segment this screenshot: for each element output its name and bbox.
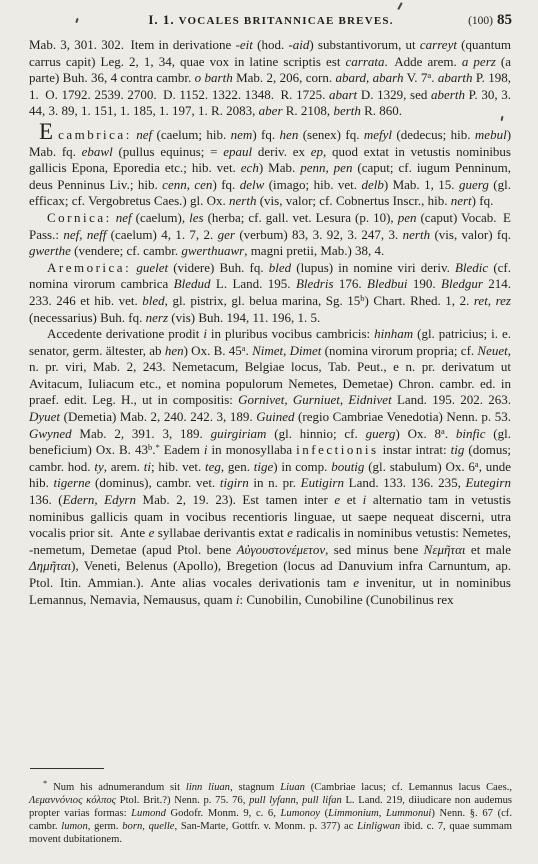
italic-term: ep <box>311 144 323 159</box>
text-run: (caelum), <box>132 210 189 225</box>
italic-term: guelet <box>136 260 168 275</box>
text-run: . <box>431 70 438 85</box>
text-run: et <box>340 492 363 507</box>
text-run: (imago; hib. vet. <box>264 177 361 192</box>
text-run: (caelum; hib. <box>152 127 231 142</box>
text-run: R. 2108, <box>283 103 334 118</box>
italic-term: cenn, cen <box>162 177 212 192</box>
text-run: , stagnum <box>230 782 280 793</box>
italic-term: gwerthe <box>29 243 71 258</box>
text-run: (dedecus; hib. <box>392 127 475 142</box>
italic-term: carrata <box>346 54 385 69</box>
italic-term: pen <box>398 210 417 225</box>
text-run: D. 1329, sed <box>357 87 431 102</box>
italic-term: les <box>189 210 203 225</box>
text-run: ) Mab. 1, 15. <box>384 177 459 192</box>
italic-term: Limmonium, Lummonui <box>328 808 431 819</box>
spaced-heading: Cornica: <box>47 210 112 225</box>
italic-term: nef <box>116 210 132 225</box>
text-run: (vendere; cf. cambr. <box>71 243 181 258</box>
page-number: 85 <box>497 12 512 28</box>
italic-term: bled <box>142 293 164 308</box>
text-run: ) Ox. B. 45 <box>184 343 242 358</box>
text-run: (videre) Buh. fq. <box>168 260 269 275</box>
italic-term: abart <box>329 87 357 102</box>
italic-term: Liuan <box>280 782 305 793</box>
italic-term: delb <box>361 177 383 192</box>
text-run: , gen. <box>221 459 254 474</box>
sheet-number: (100) <box>468 15 493 27</box>
text-run: 176. <box>334 276 368 291</box>
text-run: ) in comp. <box>273 459 331 474</box>
text-run: ) Ox. 8 <box>395 426 441 441</box>
italic-term: mefyl <box>364 127 392 142</box>
text-run: instar intrat: <box>379 442 451 457</box>
drop-cap: E <box>39 119 53 144</box>
italic-term: hinham <box>374 326 413 341</box>
greek-text: Λεμαννόνιος κόλπος <box>29 795 116 806</box>
text-run: deriv. ex <box>252 144 311 159</box>
text-run: Godofr. Monm. 9, c. 6, <box>166 808 281 819</box>
running-head: I. 1. VOCALES BRITANNICAE BREVES. (100)8… <box>30 11 512 29</box>
italic-term: ebawl <box>82 144 113 159</box>
italic-term: -eit <box>236 37 253 52</box>
text-run: R. 860. <box>361 103 402 118</box>
text-run: : Cunobilin, Cunobiline (Cunobilinus rex <box>240 592 454 607</box>
italic-term: Neuet <box>477 343 507 358</box>
text-run: Ptol. Brit.?) Nenn. p. 75. 76, <box>116 795 249 806</box>
greek-text: Δημῆται <box>29 558 71 573</box>
paragraph: Cornica: nef (caelum), les (herba; cf. g… <box>29 210 511 260</box>
paragraph: Mab. 3, 301. 302. Item in derivatione -e… <box>29 37 511 120</box>
text-run: (necessarius) Buh. fq. <box>29 310 146 325</box>
italic-term: ech <box>241 160 259 175</box>
text-run: L. Land. 195. <box>211 276 296 291</box>
italic-term: a perz <box>462 54 496 69</box>
italic-term: Bledris <box>296 276 334 291</box>
text-run: (pullus equinus; = <box>113 144 223 159</box>
text-run: in pluribus vocibus cambricis: <box>207 326 374 341</box>
text-run: 190. <box>407 276 441 291</box>
italic-term: Nimet, Dimet <box>252 343 321 358</box>
italic-term: epaul <box>223 144 252 159</box>
italic-term: boutig <box>331 459 364 474</box>
text-run: (gl. stabulum) Ox. 6 <box>364 459 474 474</box>
text-run: ( <box>320 808 328 819</box>
text-run: Accedente derivatione prodit <box>47 326 203 341</box>
italic-term: lumon <box>61 821 87 832</box>
text-run: (lupus) in nomine viri deriv. <box>291 260 455 275</box>
text-run: (vis, valor) fq. <box>430 227 511 242</box>
italic-term: Dyuet <box>29 409 60 424</box>
spaced-heading: cambrica: <box>58 127 132 142</box>
italic-term: Lumonoy <box>281 808 320 819</box>
text-run: (herba; cf. gall. vet. Lesura (p. 10), <box>204 210 398 225</box>
running-head-section: I. 1. <box>148 12 174 27</box>
italic-term: bled <box>269 260 291 275</box>
text-run: Eadem <box>160 442 204 457</box>
text-run: (vis, valor; cf. Cobnertus Inscr., hib. <box>256 193 450 208</box>
italic-term: Gornivet, Gurniuet, Eidnivet <box>238 392 392 407</box>
text-run: ; hib. vet. <box>151 459 205 474</box>
italic-term: o barth <box>195 70 233 85</box>
text-run: in n. pr. <box>249 475 301 490</box>
text-run: Mab. 3, 301. 302. Item in derivatione <box>29 37 236 52</box>
text-run: ) Mab. <box>259 160 300 175</box>
italic-term: berth <box>333 103 360 118</box>
text-run: in monosyllaba <box>208 442 297 457</box>
italic-term: carreyt <box>420 37 457 52</box>
text-run: (Cambriae lacus; cf. Lemannus lacus Caes… <box>305 782 512 793</box>
footnote-rule <box>30 768 104 769</box>
text-run: (Demetia) Mab. 2, 240. 242. 3, 189. <box>60 409 256 424</box>
italic-term: Linligwan <box>357 821 400 832</box>
italic-term: aber <box>259 103 283 118</box>
italic-term: Bledud <box>174 276 211 291</box>
text-run: ) fq. <box>472 193 494 208</box>
text-run: syllabae derivantis extat <box>154 525 287 540</box>
italic-term: tig <box>451 442 465 457</box>
book-page: I. 1. VOCALES BRITANNICAE BREVES. (100)8… <box>0 0 538 864</box>
italic-term: hen <box>165 343 184 358</box>
footnote: * Num his adnumerandum sit linn liuan, s… <box>29 781 512 846</box>
italic-term: nerth <box>229 193 256 208</box>
text-run: , gl. pistrix, gl. belua marina, Sg. 15 <box>165 293 361 308</box>
paragraph: Accedente derivatione prodit i in plurib… <box>29 326 511 608</box>
italic-term: abard, abarh <box>335 70 403 85</box>
text-run: ) fq. <box>252 127 279 142</box>
italic-term: ty <box>94 459 103 474</box>
italic-term: ret, rez <box>474 293 511 308</box>
text-run: , magni pretii, Mab.) 38, 4. <box>244 243 384 258</box>
text-run: ) substantivorum, ut <box>309 37 420 52</box>
italic-term: guerg <box>459 177 489 192</box>
text-run: , arem. <box>104 459 144 474</box>
page-number-group: (100)85 <box>468 11 512 29</box>
italic-term: teg <box>205 459 221 474</box>
running-head-title: VOCALES BRITANNICAE BREVES. <box>179 15 394 27</box>
text-run: (nomina virorum propria; cf. <box>321 343 477 358</box>
italic-term: nert <box>451 193 472 208</box>
greek-text: Αὐγουστονέμετον <box>237 542 326 557</box>
paragraph: Aremorica: guelet (videre) Buh. fq. bled… <box>29 260 511 326</box>
italic-term: nem <box>231 127 253 142</box>
italic-term: abarth <box>438 70 473 85</box>
text-run: (dominus), cambr. vet. <box>90 475 219 490</box>
text-run: Land. 195. 202. 263. <box>392 392 511 407</box>
italic-term: nerth <box>403 227 430 242</box>
italic-term: hen <box>280 127 299 142</box>
italic-term: Bledbui <box>367 276 407 291</box>
greek-text: Νεμῆται <box>424 542 466 557</box>
text-run: (gl. hinnio; cf. <box>266 426 365 441</box>
text-run: (regio Cambriae Venedotia) Nenn. p. 53. <box>294 409 511 424</box>
text-run: (senex) fq. <box>298 127 364 142</box>
text-run: et male <box>466 542 511 557</box>
text-run: ) Chart. Rhed. 1, 2. <box>365 293 474 308</box>
italic-term: gwerthuawr <box>181 243 244 258</box>
italic-term: ger <box>218 227 235 242</box>
text-run: , sed minus bene <box>325 542 424 557</box>
text-run: . Adde arem. <box>385 54 462 69</box>
italic-term: Guined <box>256 409 294 424</box>
italic-term: Gwyned <box>29 426 72 441</box>
text-run: , germ. <box>88 821 123 832</box>
footnote-paragraph: * Num his adnumerandum sit linn liuan, s… <box>29 781 512 846</box>
paragraph: Ecambrica: nef (caelum; hib. nem) fq. he… <box>29 127 511 210</box>
italic-term: mebul <box>475 127 507 142</box>
italic-term: nef, neff <box>63 227 106 242</box>
italic-term: born, quelle <box>122 821 174 832</box>
text-run: Mab. 2, 19. 23). Est tamen inter <box>136 492 334 507</box>
italic-term: Edern, Edyrn <box>63 492 136 507</box>
text-run: Land. 133. 136. 235, <box>344 475 466 490</box>
italic-term: tige <box>254 459 274 474</box>
text-run: . <box>445 426 456 441</box>
italic-term: tigerne <box>54 475 91 490</box>
italic-term: Bledgur <box>441 276 483 291</box>
text-run: , San-Marte, Gottfr. v. Monm. p. 377) ac <box>175 821 358 832</box>
body-text: Mab. 3, 301. 302. Item in derivatione -e… <box>29 37 511 608</box>
scan-artifact <box>397 2 402 10</box>
text-run: ) fq. <box>212 177 239 192</box>
italic-term: guirgiriam <box>211 426 267 441</box>
italic-term: nerz <box>146 310 168 325</box>
italic-term: delw <box>240 177 265 192</box>
italic-term: penn, pen <box>300 160 352 175</box>
italic-term: Bledic <box>455 260 488 275</box>
italic-term: Lumond <box>131 808 166 819</box>
italic-term: -aid <box>288 37 309 52</box>
italic-term: tigirn <box>220 475 249 490</box>
italic-term: pull lyfann <box>249 795 296 806</box>
text-run: 136. ( <box>29 492 63 507</box>
spaced-heading: Aremorica: <box>47 260 131 275</box>
spaced-heading: infectionis <box>296 442 378 457</box>
italic-term: guerg <box>366 426 396 441</box>
italic-term: aberth <box>431 87 465 102</box>
text-run: Num his adnumerandum sit <box>47 782 186 793</box>
text-run: (verbum) 83, 3. 92, 3. 247, 3. <box>235 227 403 242</box>
italic-term: nef <box>136 127 152 142</box>
italic-term: linn liuan <box>186 782 230 793</box>
text-run: V. 7 <box>403 70 427 85</box>
italic-term: binfic <box>456 426 486 441</box>
italic-term: Eutegirn <box>465 475 511 490</box>
text-run: (hod. <box>253 37 289 52</box>
text-run: (caelum) 4, 1. 7, 2. <box>106 227 217 242</box>
text-run: Mab. 2, 391. 3, 189. <box>72 426 211 441</box>
text-run: Mab. 2, 206, corn. <box>233 70 336 85</box>
text-run: (vis) Buh. 194, 11. 196, 1. 5. <box>168 310 320 325</box>
italic-term: Eutigirn <box>301 475 344 490</box>
italic-term: ti <box>144 459 151 474</box>
italic-term: pull lifan <box>302 795 342 806</box>
